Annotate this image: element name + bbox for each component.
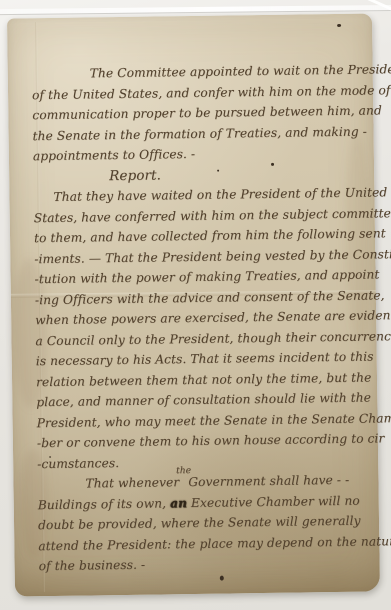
manuscript-page: The Committee appointed to wait on the P… xyxy=(7,13,380,596)
scan-background: The Committee appointed to wait on the P… xyxy=(0,0,391,610)
manuscript-line: of the business. - xyxy=(38,552,371,577)
closing-line1-before: That whenever xyxy=(85,475,179,490)
opening-paragraph: The Committee appointed to wait on the P… xyxy=(32,60,366,167)
closing-line2-before: Buildings of its own, xyxy=(38,496,170,512)
body-paragraph: That they have waited on the President o… xyxy=(33,183,370,475)
inserted-word: the xyxy=(176,467,191,476)
closing-paragraph: That whenevertheGovernment shall have - … xyxy=(37,470,371,577)
blotted-word: an xyxy=(170,496,187,510)
closing-line1-after: Government shall have - - xyxy=(188,473,349,489)
closing-line2-after: Executive Chamber will no xyxy=(187,493,360,509)
handwritten-text: The Committee appointed to wait on the P… xyxy=(7,13,380,596)
